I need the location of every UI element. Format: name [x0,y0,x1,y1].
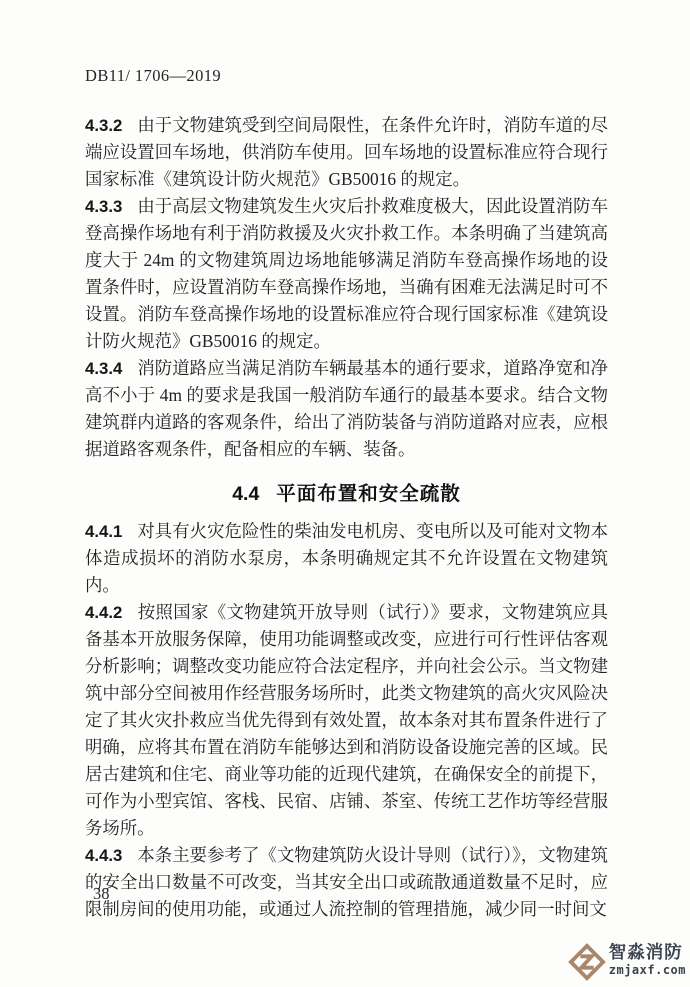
paragraph-text: 消防道路应当满足消防车辆最基本的通行要求，道路净宽和净高不小于 4m 的要求是我… [85,358,608,459]
brand-name: 智淼消防 [609,944,686,962]
section-heading: 4.4平面布置和安全疏散 [85,478,608,506]
brand-website: zmjaxf.com [609,964,686,976]
document-code: DB11/ 1706—2019 [85,66,221,86]
document-body: 4.3.2由于文物建筑受到空间局限性，在条件允许时，消防车道的尽端应设置回车场地… [85,112,608,923]
paragraph-text: 对具有火灾危险性的柴油发电机房、变电所以及可能对文物本体造成损坏的消防水泵房，本… [85,521,608,595]
paragraph-4-3-2: 4.3.2由于文物建筑受到空间局限性，在条件允许时，消防车道的尽端应设置回车场地… [85,112,608,193]
paragraph-text: 由于高层文物建筑发生火灾后扑救难度极大，因此设置消防车登高操作场地有利于消防救援… [85,196,608,351]
paragraph-4-4-2: 4.4.2按照国家《文物建筑开放导则（试行）》要求，文物建筑应具备基本开放服务保… [85,599,608,842]
clause-number: 4.4.1 [85,522,122,541]
logo-text-block: 智淼消防 zmjaxf.com [609,944,686,976]
clause-number: 4.4.2 [85,603,122,622]
clause-number: 4.3.2 [85,116,122,135]
diamond-z-logo-icon [568,943,606,981]
section-title: 平面布置和安全疏散 [276,483,461,505]
paragraph-4-4-3: 4.4.3本条主要参考了《文物建筑防火设计导则（试行）》，文物建筑的安全出口数量… [85,842,608,923]
paragraph-4-4-1: 4.4.1对具有火灾危险性的柴油发电机房、变电所以及可能对文物本体造成损坏的消防… [85,518,608,599]
paragraph-text: 本条主要参考了《文物建筑防火设计导则（试行）》，文物建筑的安全出口数量不可改变，… [85,845,608,919]
paragraph-text: 由于文物建筑受到空间局限性，在条件允许时，消防车道的尽端应设置回车场地，供消防车… [85,115,608,189]
clause-number: 4.4.3 [85,846,122,865]
watermark-logo: 智淼消防 zmjaxf.com [568,939,686,981]
paragraph-text: 按照国家《文物建筑开放导则（试行）》要求，文物建筑应具备基本开放服务保障，使用功… [85,602,608,838]
paragraph-4-3-3: 4.3.3由于高层文物建筑发生火灾后扑救难度极大，因此设置消防车登高操作场地有利… [85,193,608,355]
document-page: DB11/ 1706—2019 4.3.2由于文物建筑受到空间局限性，在条件允许… [0,0,690,987]
paragraph-4-3-4: 4.3.4消防道路应当满足消防车辆最基本的通行要求，道路净宽和净高不小于 4m … [85,355,608,463]
clause-number: 4.3.3 [85,197,122,216]
clause-number: 4.3.4 [85,359,122,378]
section-number: 4.4 [232,483,259,505]
page-number: 38 [93,884,110,904]
